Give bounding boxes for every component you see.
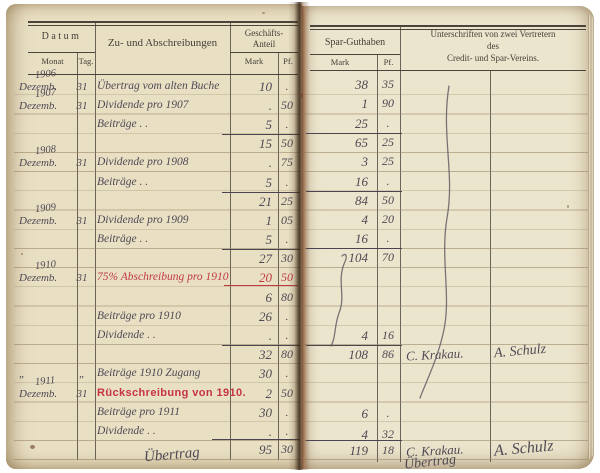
entry-mark: 5: [224, 117, 272, 133]
table-border: [310, 25, 586, 27]
column-header-mark: Mark: [230, 57, 278, 66]
entry-description: Beiträge . .: [97, 233, 148, 245]
entry-pf: .: [276, 79, 298, 94]
entry-day: 31: [73, 388, 91, 400]
balance-pf: 86: [376, 347, 400, 362]
entry-mark: .: [224, 98, 272, 114]
balance-mark: 38: [308, 77, 368, 93]
entry-description: Beiträge 1910 Zugang: [97, 367, 201, 379]
table-border: [28, 52, 95, 53]
balance-pf: .: [376, 174, 400, 189]
ledger-row: 6 80: [6, 289, 302, 308]
entry-mark: 32: [224, 347, 272, 363]
entry-pf: 30: [276, 251, 298, 266]
entry-day: 31: [73, 272, 91, 284]
entry-pf: 80: [276, 347, 298, 362]
column-header-pf: Pf.: [377, 58, 400, 67]
balance-row: 38 35: [302, 76, 594, 95]
balance-sum-row: 65 25: [302, 134, 594, 153]
ledger-row: 1907 Dezemb. 31 Dividende pro 1907 . 50: [6, 97, 302, 116]
balance-mark: 84: [308, 193, 368, 209]
sum-line: [306, 248, 402, 249]
table-border: [28, 25, 298, 26]
balance-pf: 25: [376, 154, 400, 169]
balance-mark: 16: [308, 231, 368, 247]
signature-header-line1: Unterschriften von zwei Vertretern: [400, 30, 586, 39]
balance-mark: 4: [308, 328, 368, 344]
sum-line: [222, 345, 300, 346]
entry-year: 1911: [34, 375, 55, 388]
entry-year: 1908: [34, 144, 56, 157]
savings-book-scan: Datum Monat Tag. Zu- und Abschreibungen …: [0, 0, 600, 473]
balance-pf: .: [376, 116, 400, 131]
balance-row: 3 25: [302, 153, 594, 172]
ledger-row: Beiträge . . 5 .: [6, 116, 302, 135]
sum-line: [222, 192, 300, 193]
balance-pf: 35: [376, 77, 400, 92]
entry-pf: .: [276, 405, 298, 420]
entry-mark: 21: [224, 194, 272, 210]
entry-mark: 20: [224, 270, 272, 286]
entry-pf: .: [276, 232, 298, 247]
entry-mark: 27: [224, 251, 272, 267]
balance-row: 6 .: [302, 405, 594, 424]
balance-mark: 108: [308, 347, 368, 363]
sum-line: [212, 439, 300, 440]
ledger-sum-row: 32 80: [6, 346, 302, 365]
column-header-mark: Mark: [310, 58, 370, 67]
column-header-monat: Monat: [28, 57, 77, 66]
balance-mark: 16: [308, 174, 368, 190]
balance-pf: .: [376, 231, 400, 246]
entry-month: Dezemb.: [19, 157, 57, 169]
right-page: Spar-Guthaben Mark Pf. Unterschriften vo…: [302, 6, 594, 469]
entry-month: Dezemb.: [19, 388, 57, 400]
entry-mark: 30: [224, 405, 272, 421]
entry-mark: .: [224, 424, 272, 440]
signature-representative-1: C. Krakau.: [406, 346, 464, 365]
red-underline: [224, 285, 298, 286]
ledger-row: Beiträge . . 5 .: [6, 231, 302, 250]
entry-pf: .: [276, 424, 298, 439]
balance-row: 1 90: [302, 95, 594, 114]
balance-sum-row: 84 50: [302, 192, 594, 211]
entry-month: Dezemb.: [19, 215, 57, 227]
balance-mark: 1: [308, 96, 368, 112]
entry-description: Übertrag vom alten Buche: [97, 80, 219, 92]
entry-mark: 2: [224, 386, 272, 402]
entry-day: 31: [73, 100, 91, 112]
entry-day: 31: [73, 81, 91, 93]
entry-pf: .: [276, 328, 298, 343]
column-header-pf: Pf.: [278, 57, 298, 66]
table-border: [310, 70, 586, 71]
entry-pf: 50: [276, 386, 298, 401]
entry-pf: 05: [276, 213, 298, 228]
sum-line: [306, 133, 402, 134]
balance-mark: 104: [308, 250, 368, 266]
entry-year: 1907: [34, 87, 56, 100]
entry-description: Dividende pro 1908: [97, 156, 189, 168]
column-header-zu-und-abschreibungen: Zu- und Abschreibungen: [95, 38, 230, 50]
balance-mark: 65: [308, 135, 368, 151]
balance-pf: .: [376, 406, 400, 421]
entry-description: Dividende pro 1907: [97, 99, 189, 111]
ledger-row: Dividende . . . .: [6, 327, 302, 346]
signature-representative-2: A. Schulz: [493, 342, 546, 362]
entry-year: 1910: [34, 259, 56, 272]
balance-pf: 16: [376, 328, 400, 343]
entry-description: Beiträge pro 1911: [97, 406, 180, 418]
column-header-spar-guthaben: Spar-Guthaben: [310, 38, 400, 49]
entry-mark: .: [224, 328, 272, 344]
signature-representative-2: A. Schulz: [493, 437, 554, 460]
balance-pf: 90: [376, 96, 400, 111]
entry-day: 31: [73, 157, 91, 169]
signature-header-line3: Credit- und Spar-Vereins.: [400, 54, 586, 63]
entry-mark: .: [224, 155, 272, 171]
entry-description: Beiträge . .: [97, 176, 148, 188]
sum-line: [222, 134, 300, 135]
entry-year: 1909: [34, 202, 56, 215]
entry-pf: 50: [276, 270, 298, 285]
entry-pf: .: [276, 366, 298, 381]
balance-pf: 70: [376, 250, 400, 265]
sum-line: [306, 440, 402, 441]
entry-description: Beiträge . .: [97, 118, 148, 130]
entry-mark: 5: [224, 175, 272, 191]
ledger-row: Beiträge . . 5 .: [6, 174, 302, 193]
balance-pf: 25: [376, 135, 400, 150]
entry-pf: 50: [276, 98, 298, 113]
sum-line: [222, 249, 300, 250]
entry-pf: 50: [276, 136, 298, 151]
left-page: Datum Monat Tag. Zu- und Abschreibungen …: [6, 4, 302, 469]
ledger-row-stamp: 1911 Dezemb. 31 Rückschreibung von 1910.…: [6, 385, 302, 404]
balance-pf: 20: [376, 212, 400, 227]
entry-mark: 15: [224, 136, 272, 152]
balance-row: 4 20: [302, 211, 594, 230]
entry-mark: 30: [224, 366, 272, 382]
uebertrag-label: Übertrag: [143, 445, 200, 467]
entry-year: 1906: [34, 68, 56, 81]
balance-row: 4 16: [302, 327, 594, 346]
table-border: [230, 52, 298, 53]
entry-mark: 6: [224, 290, 272, 306]
ledger-row: Beiträge pro 1910 26 .: [6, 308, 302, 327]
balance-mark: 4: [308, 212, 368, 228]
entry-pf: 75: [276, 155, 298, 170]
column-header-geschaefts-anteil-1: Geschäfts-: [230, 29, 298, 38]
entry-month: Dezemb.: [19, 272, 57, 284]
signature-header-line2: des: [400, 42, 586, 51]
entry-pf: .: [276, 117, 298, 132]
entry-pf: .: [276, 175, 298, 190]
entry-mark: 1: [224, 213, 272, 229]
entry-mark: 10: [224, 79, 272, 95]
table-border: [28, 21, 298, 23]
entry-pf: 25: [276, 194, 298, 209]
balance-row: 16 .: [302, 173, 594, 192]
entry-month: Dezemb.: [19, 100, 57, 112]
column-header-geschaefts-anteil-2: Anteil: [230, 40, 298, 49]
balance-sum-row: 104 70: [302, 249, 594, 268]
entry-day: 31: [73, 215, 91, 227]
balance-mark: 25: [308, 116, 368, 132]
entry-day-ditto: „: [73, 368, 91, 380]
entry-pf: .: [276, 309, 298, 324]
entry-mark: 5: [224, 232, 272, 248]
ledger-row: Beiträge pro 1911 30 .: [6, 404, 302, 423]
sum-line: [306, 191, 402, 192]
entry-description: Dividende . .: [97, 425, 156, 437]
entry-description: Dividende . .: [97, 329, 156, 341]
balance-mark: 6: [308, 406, 368, 422]
balance-row: 16 .: [302, 230, 594, 249]
entry-pf: 80: [276, 290, 298, 305]
entry-month-ditto: „: [19, 368, 25, 380]
balance-row: 25 .: [302, 115, 594, 134]
entry-pf: 30: [276, 442, 298, 457]
entry-description: 75% Abschreibung pro 1910: [97, 271, 229, 283]
ledger-row: 1909 Dezemb. 31 Dividende pro 1909 1 05: [6, 212, 302, 231]
entry-mark: 95: [224, 442, 272, 458]
balance-sum-row: 108 86 C. Krakau. A. Schulz: [302, 346, 594, 365]
balance-mark: 3: [308, 154, 368, 170]
balance-pf: 18: [376, 443, 400, 458]
column-header-datum: Datum: [28, 32, 95, 43]
balance-mark: 119: [308, 443, 368, 459]
entry-description: Beiträge pro 1910: [97, 310, 181, 322]
sum-line: [306, 345, 402, 346]
entry-mark: 26: [224, 309, 272, 325]
table-border: [310, 54, 400, 55]
balance-pf: 50: [376, 193, 400, 208]
entry-description: Dividende pro 1909: [97, 214, 189, 226]
column-header-tag: Tag.: [77, 57, 95, 66]
ledger-row: 1908 Dezemb. 31 Dividende pro 1908 . 75: [6, 154, 302, 173]
